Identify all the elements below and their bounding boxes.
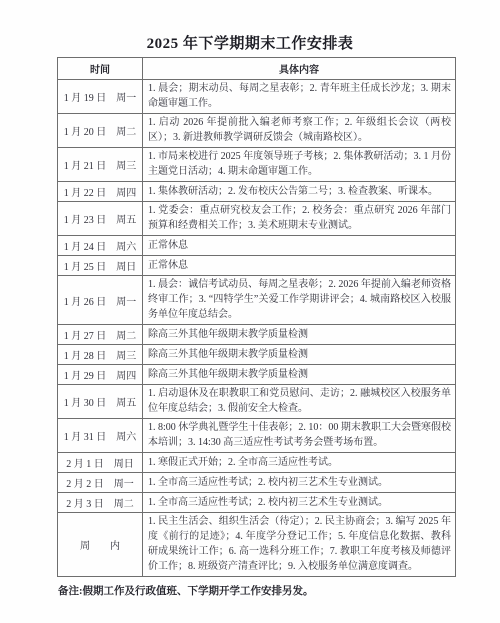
content-cell: 1. 集体教研活动；2. 发布校庆公告第二号；3. 检查教案、听课本。 [143, 182, 456, 202]
footnote: 备注:假期工作及行政值班、下学期开学工作安排另发。 [58, 583, 500, 598]
time-cell: 1 月 28 日 周三 [58, 345, 143, 365]
table-row: 1 月 25 日 周日 正常休息 [58, 256, 456, 276]
table-row: 1 月 24 日 周六 正常休息 [58, 236, 456, 256]
schedule-table: 时间 具体内容 1 月 19 日 周一 1. 晨会；期末动员、每周之星表彰；2.… [57, 57, 456, 577]
document-page: 2025 年下学期期末工作安排表 时间 具体内容 1 月 19 日 周一 1. … [0, 0, 500, 623]
table-header: 时间 具体内容 [58, 58, 456, 80]
content-cell: 1. 市局来校进行 2025 年度领导班子考核；2. 集体教研活动；3. 1 月… [143, 148, 456, 182]
table-row: 2 月 3 日 周二 1. 全市高三适应性考试；2. 校内初三艺术生专业测试。 [58, 493, 456, 513]
table-row: 周 内 1. 民主生活会、组织生活会（待定）；2. 民主协商会；3. 编写 20… [58, 513, 456, 577]
column-header-content: 具体内容 [143, 58, 456, 80]
table-row: 1 月 28 日 周三 除高三外其他年级期末教学质量检测 [58, 345, 456, 365]
table-row: 1 月 20 日 周二 1. 启动 2026 年提前批入编老师考察工作；2. 年… [58, 114, 456, 148]
table-row: 1 月 30 日 周五 1. 启动退休及在职教职工和党员慰问、走访；2. 融城校… [58, 385, 456, 419]
content-cell: 1. 民主生活会、组织生活会（待定）；2. 民主协商会；3. 编写 2025 年… [143, 513, 456, 577]
time-cell: 1 月 26 日 周一 [58, 276, 143, 325]
time-cell: 1 月 27 日 周二 [58, 325, 143, 345]
table-row: 1 月 26 日 周一 1. 晨会：诚信考试动员、每周之星表彰；2. 2026 … [58, 276, 456, 325]
content-cell: 1. 8:00 休学典礼暨学生十佳表彰；2. 10：00 期末教职工大会暨寒假校… [143, 419, 456, 453]
column-header-time: 时间 [58, 58, 143, 80]
content-cell: 正常休息 [143, 236, 456, 256]
time-cell: 1 月 23 日 周五 [58, 202, 143, 236]
time-cell: 1 月 25 日 周日 [58, 256, 143, 276]
content-cell: 除高三外其他年级期末教学质量检测 [143, 345, 456, 365]
time-cell: 1 月 21 日 周三 [58, 148, 143, 182]
page-title: 2025 年下学期期末工作安排表 [0, 0, 500, 53]
table-row: 1 月 27 日 周二 除高三外其他年级期末教学质量检测 [58, 325, 456, 345]
content-cell: 1. 寒假正式开始；2. 全市高三适应性考试。 [143, 453, 456, 473]
table-row: 1 月 22 日 周四 1. 集体教研活动；2. 发布校庆公告第二号；3. 检查… [58, 182, 456, 202]
content-cell: 除高三外其他年级期末教学质量检测 [143, 325, 456, 345]
time-cell: 1 月 22 日 周四 [58, 182, 143, 202]
time-cell: 周 内 [58, 513, 143, 577]
content-cell: 除高三外其他年级期末教学质量检测 [143, 365, 456, 385]
table-row: 2 月 2 日 周一 1. 全市高三适应性考试；2. 校内初三艺术生专业测试。 [58, 473, 456, 493]
time-cell: 2 月 3 日 周二 [58, 493, 143, 513]
table-row: 1 月 29 日 周四 除高三外其他年级期末教学质量检测 [58, 365, 456, 385]
time-cell: 2 月 1 日 周日 [58, 453, 143, 473]
table-row: 1 月 31 日 周六 1. 8:00 休学典礼暨学生十佳表彰；2. 10：00… [58, 419, 456, 453]
time-cell: 1 月 31 日 周六 [58, 419, 143, 453]
content-cell: 1. 全市高三适应性考试；2. 校内初三艺术生专业测试。 [143, 473, 456, 493]
header-row: 时间 具体内容 [58, 58, 456, 80]
content-cell: 1. 全市高三适应性考试；2. 校内初三艺术生专业测试。 [143, 493, 456, 513]
time-cell: 1 月 29 日 周四 [58, 365, 143, 385]
content-cell: 1. 启动 2026 年提前批入编老师考察工作；2. 年级组长会议（两校区）；3… [143, 114, 456, 148]
table-row: 1 月 23 日 周五 1. 党委会：重点研究校友会工作；2. 校务会：重点研究… [58, 202, 456, 236]
time-cell: 1 月 24 日 周六 [58, 236, 143, 256]
content-cell: 1. 启动退休及在职教职工和党员慰问、走访；2. 融城校区入校服务单位年度总结会… [143, 385, 456, 419]
content-cell: 1. 晨会：诚信考试动员、每周之星表彰；2. 2026 年提前入编老师资格终审工… [143, 276, 456, 325]
table-row: 1 月 19 日 周一 1. 晨会；期末动员、每周之星表彰；2. 青年班主任成长… [58, 80, 456, 114]
time-cell: 2 月 2 日 周一 [58, 473, 143, 493]
table-row: 1 月 21 日 周三 1. 市局来校进行 2025 年度领导班子考核；2. 集… [58, 148, 456, 182]
table-row: 2 月 1 日 周日 1. 寒假正式开始；2. 全市高三适应性考试。 [58, 453, 456, 473]
time-cell: 1 月 20 日 周二 [58, 114, 143, 148]
time-cell: 1 月 19 日 周一 [58, 80, 143, 114]
content-cell: 正常休息 [143, 256, 456, 276]
table-body: 1 月 19 日 周一 1. 晨会；期末动员、每周之星表彰；2. 青年班主任成长… [58, 80, 456, 577]
content-cell: 1. 晨会；期末动员、每周之星表彰；2. 青年班主任成长沙龙；3. 期末命题审题… [143, 80, 456, 114]
content-cell: 1. 党委会：重点研究校友会工作；2. 校务会：重点研究 2026 年部门预算和… [143, 202, 456, 236]
time-cell: 1 月 30 日 周五 [58, 385, 143, 419]
